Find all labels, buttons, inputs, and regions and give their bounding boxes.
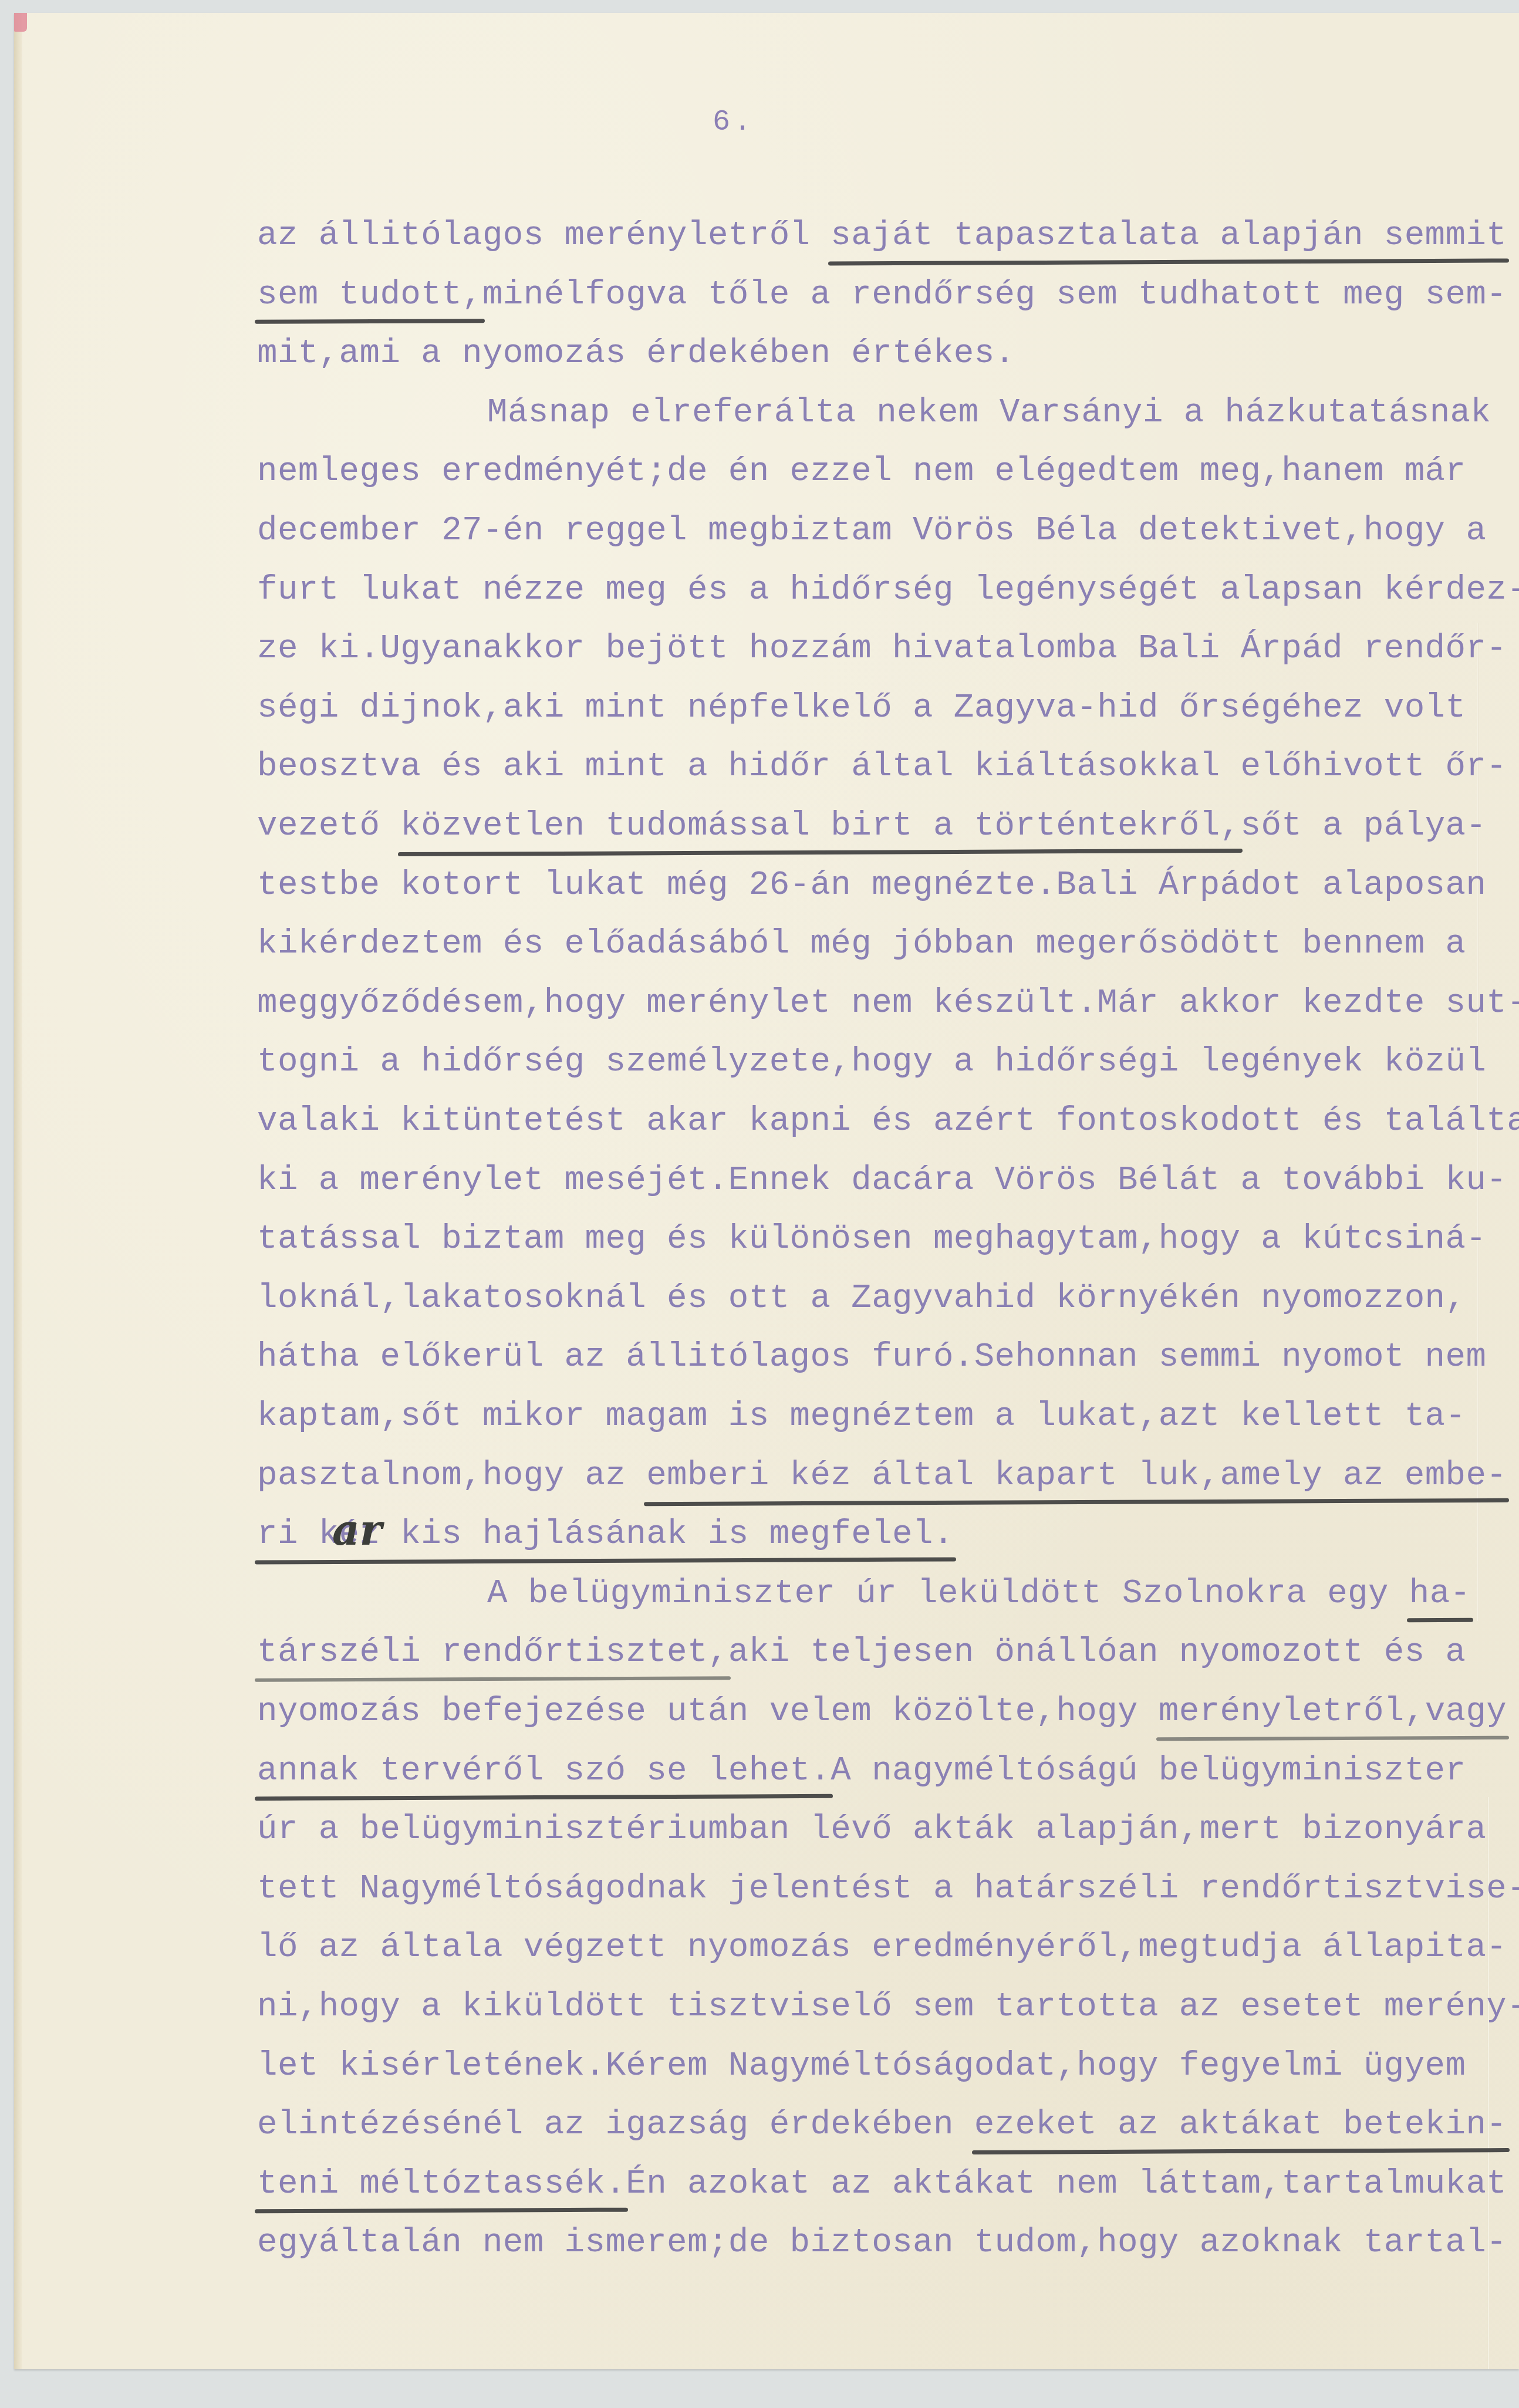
text-segment: nyomozás befejezése után velem közölte,h… [257,1693,1159,1731]
text-line: meggyőződésem,hogy merénylet nem készült… [257,986,1519,1021]
underlined-text: saját tapasztalata alapján semmit [831,217,1507,255]
text-line: december 27-én reggel megbiztam Vörös Bé… [257,514,1486,549]
underlined-text: közvetlen tudomással birt a történtekről… [400,807,1240,845]
text-segment: A nagyméltóságú belügyminiszter [831,1752,1466,1790]
text-segment: kaptam,sőt mikor magam is megnéztem a lu… [257,1397,1466,1436]
underlined-text: ezeket az aktákat betekin- [974,2106,1507,2144]
underlined-text: annak tervéről szó se lehet. [257,1752,831,1790]
text-segment: nemleges eredményét;de én ezzel nem elég… [257,452,1466,491]
text-segment: hátha előkerül az állitólagos furó.Sehon… [257,1338,1486,1376]
text-line: annak tervéről szó se lehet.A nagyméltós… [257,1754,1466,1789]
text-line: furt lukat nézze meg és a hidőrség legén… [257,573,1519,608]
underlined-text: merényletről,vagy [1159,1693,1507,1731]
text-line: ki a merénylet meséjét.Ennek dacára Vörö… [257,1163,1507,1198]
text-segment: ze ki.Ugyanakkor bejött hozzám hivatalom… [257,630,1507,668]
underlined-text: ha- [1409,1575,1471,1613]
text-segment: tatással biztam meg és különösen meghagy… [257,1220,1486,1258]
text-line: A belügyminiszter úr leküldött Szolnokra… [257,1576,1470,1612]
handwritten-correction: ar [332,1509,382,1551]
text-line: az állitólagos merényletről saját tapasz… [257,218,1507,254]
text-line: hátha előkerül az állitólagos furó.Sehon… [257,1340,1486,1375]
text-segment: pasztalnom,hogy az [257,1457,646,1495]
text-line: egyáltalán nem ismerem;de biztosan tudom… [257,2225,1507,2261]
text-line: vezető közvetlen tudomással birt a törté… [257,809,1486,844]
text-segment: kikérdeztem és előadásából még jóbban me… [257,925,1466,963]
text-segment: let kisérletének.Kérem Nagyméltóságodat,… [257,2047,1466,2085]
text-segment: úr a belügyminisztériumban lévő akták al… [257,1811,1486,1849]
pink-corner-mark [14,13,27,32]
text-line: mit,ami a nyomozás érdekében értékes. [257,336,1015,371]
text-line: tett Nagyméltóságodnak jelentést a határ… [257,1872,1519,1907]
text-segment: aki teljesen önállóan nyomozott és a [728,1633,1466,1671]
underlined-text: sem tudott, [257,276,482,314]
text-line: társzéli rendőrtisztet,aki teljesen önál… [257,1635,1466,1670]
text-line: úr a belügyminisztériumban lévő akták al… [257,1812,1486,1848]
text-segment: elintézésénél az igazság érdekében [257,2106,974,2144]
text-segment: togni a hidőrség személyzete,hogy a hidő… [257,1043,1486,1081]
text-segment: minélfogva tőle a rendőrség sem tudhatot… [482,276,1507,314]
text-segment: vezető [257,807,400,845]
text-line: kikérdeztem és előadásából még jóbban me… [257,927,1466,962]
text-segment: Másnap elreferálta nekem Varsányi a házk… [487,394,1491,432]
text-segment: beosztva és aki mint a hidőr által kiált… [257,748,1507,786]
text-segment: ni,hogy a kiküldött tisztviselő sem tart… [257,1988,1519,2026]
text-segment: az állitólagos merényletről [257,217,831,255]
text-segment: loknál,lakatosoknál és ott a Zagyvahid k… [257,1279,1466,1318]
text-segment: december 27-én reggel megbiztam Vörös Bé… [257,512,1486,550]
text-line: ségi dijnok,aki mint népfelkelő a Zagyva… [257,691,1466,726]
text-line: pasztalnom,hogy az emberi kéz által kapa… [257,1458,1507,1494]
text-line: testbe kotort lukat még 26-án megnézte.B… [257,868,1486,903]
text-segment: furt lukat nézze meg és a hidőrség legén… [257,571,1519,609]
text-segment: testbe kotort lukat még 26-án megnézte.B… [257,866,1486,904]
text-segment: lő az általa végzett nyomozás eredményér… [257,1929,1507,1967]
text-segment: sőt a pálya- [1240,807,1486,845]
text-line: sem tudott,minélfogva tőle a rendőrség s… [257,278,1507,313]
text-line: valaki kitüntetést akar kapni és azért f… [257,1104,1519,1139]
page-number: 6. [713,106,755,139]
text-line: ze ki.Ugyanakkor bejött hozzám hivatalom… [257,631,1507,667]
paper-edge [14,13,22,2369]
text-segment: tett Nagyméltóságodnak jelentést a határ… [257,1870,1519,1908]
text-line: togni a hidőrség személyzete,hogy a hidő… [257,1045,1486,1080]
text-segment: ki a merénylet meséjét.Ennek dacára Vörö… [257,1161,1507,1200]
document-page: 6. az állitólagos merényletről saját tap… [14,13,1519,2369]
text-segment: A belügyminiszter úr leküldött Szolnokra… [487,1575,1409,1613]
underlined-text: teni méltóztassék. [257,2165,626,2203]
text-line: elintézésénél az igazság érdekében ezeke… [257,2108,1507,2143]
text-segment: valaki kitüntetést akar kapni és azért f… [257,1102,1519,1140]
text-line: beosztva és aki mint a hidőr által kiált… [257,749,1507,785]
underlined-text: emberi kéz által kapart luk,amely az emb… [646,1457,1507,1495]
text-line: nyomozás befejezése után velem közölte,h… [257,1694,1507,1730]
text-line: kaptam,sőt mikor magam is megnéztem a lu… [257,1399,1466,1434]
text-line: teni méltóztassék.Én azokat az aktákat n… [257,2167,1507,2202]
text-segment: mit,ami a nyomozás érdekében értékes. [257,335,1015,373]
text-segment: Én azokat az aktákat nem láttam,tartalmu… [626,2165,1507,2203]
text-line: nemleges eredményét;de én ezzel nem elég… [257,454,1466,489]
underlined-text: társzéli rendőrtisztet, [257,1633,728,1671]
text-segment: meggyőződésem,hogy merénylet nem készült… [257,984,1519,1022]
text-segment: egyáltalán nem ismerem;de biztosan tudom… [257,2224,1507,2262]
text-line: let kisérletének.Kérem Nagyméltóságodat,… [257,2049,1466,2084]
text-segment: ségi dijnok,aki mint népfelkelő a Zagyva… [257,689,1466,727]
text-line: tatással biztam meg és különösen meghagy… [257,1222,1486,1257]
text-line: lő az általa végzett nyomozás eredményér… [257,1930,1507,1965]
text-line: Másnap elreferálta nekem Varsányi a házk… [257,396,1491,431]
text-line: loknál,lakatosoknál és ott a Zagyvahid k… [257,1281,1466,1316]
text-line: ni,hogy a kiküldött tisztviselő sem tart… [257,1990,1519,2025]
